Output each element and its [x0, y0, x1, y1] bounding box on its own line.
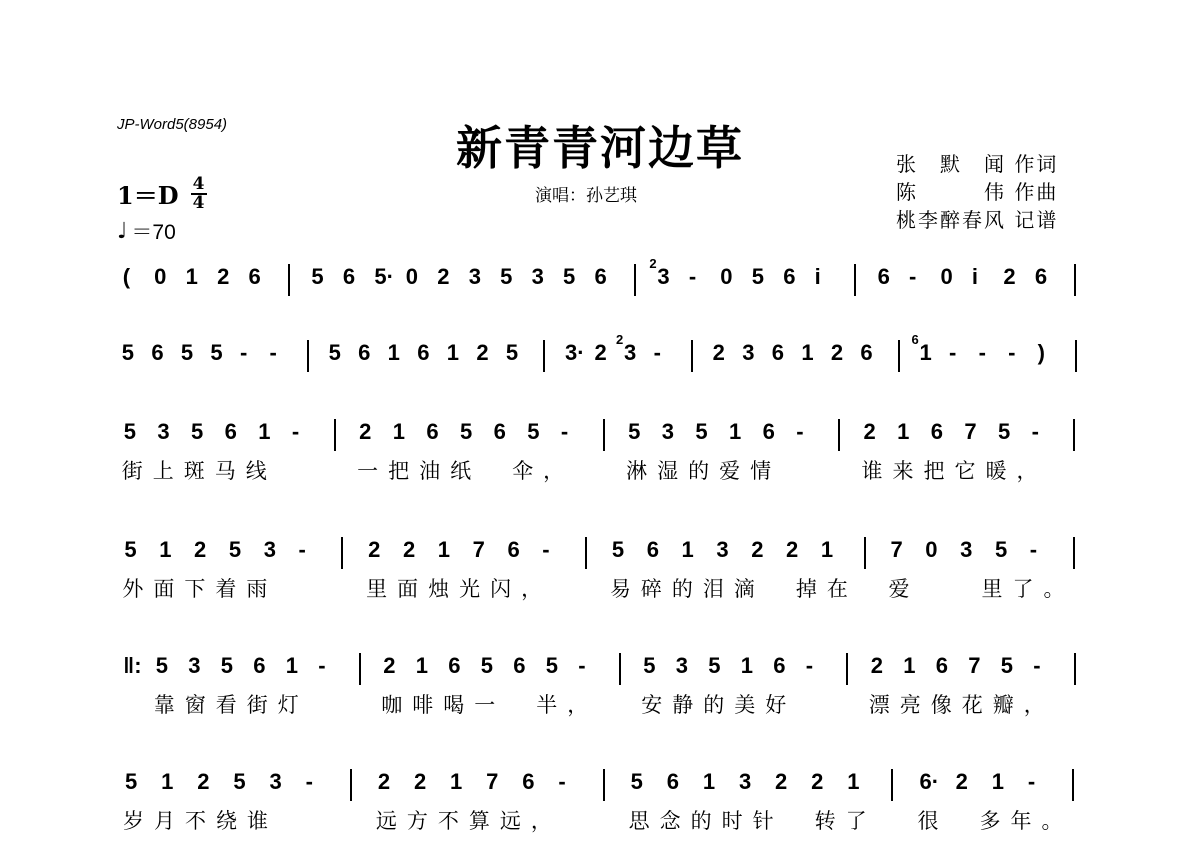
dash-extension: -: [1030, 535, 1037, 565]
note: 5: [506, 338, 518, 368]
lyric-phrase: 里面烛光闪，: [366, 573, 552, 603]
note: 5: [527, 417, 539, 447]
note: 5·: [374, 262, 394, 292]
barline: [854, 264, 856, 296]
note: 6: [647, 535, 659, 565]
score-row-intro-1: (0126565·023535632-056i6-0i26: [115, 262, 1090, 306]
dash-extension: -: [578, 651, 585, 681]
barline: [898, 340, 900, 372]
note: 0: [406, 262, 418, 292]
lyric-phrase: 安静的美好: [641, 689, 796, 719]
score-row-verse-2b: 51253-22176-56132216·21-岁月不绕谁远方不算远，思念的时针…: [115, 767, 1090, 811]
note: 7: [964, 417, 976, 447]
barline: [838, 419, 840, 451]
composer-credit: 陈 伟 作曲: [896, 178, 1058, 206]
note: 0: [154, 262, 166, 292]
lyric-phrase: 一把油纸 伞，: [357, 455, 574, 485]
dash-extension: -: [1032, 417, 1039, 447]
note: 1: [992, 767, 1004, 797]
barline: [619, 653, 621, 685]
time-sig-top: 4: [193, 177, 205, 192]
note: 6: [343, 262, 355, 292]
dash-extension: -: [318, 651, 325, 681]
dash-extension: -: [558, 767, 565, 797]
dash-extension: -: [1033, 651, 1040, 681]
dash-extension: -: [979, 338, 986, 368]
note: 3: [188, 651, 200, 681]
note: 6: [763, 417, 775, 447]
dash-extension: -: [909, 262, 916, 292]
note: 0: [925, 535, 937, 565]
note: 2: [786, 535, 798, 565]
grace-note: 6: [912, 332, 919, 347]
note: 5: [546, 651, 558, 681]
note: 6·: [920, 767, 940, 797]
note: 6: [253, 651, 265, 681]
time-signature: 4 4: [191, 177, 207, 211]
dash-extension: -: [689, 262, 696, 292]
note: 3: [676, 651, 688, 681]
note: 5: [995, 535, 1007, 565]
lyric-phrase: 远方不算远，: [376, 805, 562, 835]
parenthesis: ): [1038, 338, 1045, 368]
note: 2: [378, 767, 390, 797]
lyric-phrase: 淋湿的爱情: [626, 455, 781, 485]
barline: [691, 340, 693, 372]
dash-extension: -: [949, 338, 956, 368]
barline: [1073, 537, 1075, 569]
barline: [1074, 653, 1076, 685]
barline: [341, 537, 343, 569]
note: i: [972, 262, 978, 292]
score-row-verse-2a: ‖:53561-216565-53516-21675-靠窗看街灯咖啡喝一 半，安…: [115, 651, 1090, 695]
note: 1: [393, 417, 405, 447]
grace-note: 2: [616, 332, 623, 347]
repeat-sign: ‖:: [123, 651, 141, 681]
note: 3: [662, 417, 674, 447]
note: 6: [448, 651, 460, 681]
note: 5: [563, 262, 575, 292]
tempo-value: ＝70: [131, 216, 175, 246]
note: 5: [643, 651, 655, 681]
note: 6: [358, 338, 370, 368]
note: 1: [821, 535, 833, 565]
note: 1: [682, 535, 694, 565]
lyricist-credit: 张 默 闻 作词: [896, 150, 1058, 178]
note: 5: [329, 338, 341, 368]
dash-extension: -: [299, 535, 306, 565]
transcriber-credit: 桃李醉春风 记谱: [896, 206, 1058, 234]
note: 5: [122, 338, 134, 368]
note: 6: [860, 338, 872, 368]
barline: [307, 340, 309, 372]
lyric-phrase: 爱 里了。: [888, 573, 1074, 603]
note: 6: [494, 417, 506, 447]
note: 2: [368, 535, 380, 565]
dash-extension: -: [806, 651, 813, 681]
dash-extension: -: [270, 338, 277, 368]
note: 3: [469, 262, 481, 292]
grace-note: 2: [649, 256, 656, 271]
note: 2: [437, 262, 449, 292]
note: 3: [657, 262, 669, 292]
note: 1: [438, 535, 450, 565]
barline: [603, 769, 605, 801]
lyric-phrase: 很 多年。: [918, 805, 1073, 835]
barline: [350, 769, 352, 801]
note: 7: [968, 651, 980, 681]
note: 1: [703, 767, 715, 797]
lyric-phrase: 漂亮像花瓣，: [869, 689, 1055, 719]
note: 1: [801, 338, 813, 368]
note: 5: [612, 535, 624, 565]
lyric-phrase: 谁来把它暖，: [861, 455, 1047, 485]
key-signature: 1＝D 4 4: [117, 176, 207, 211]
note: 5: [124, 417, 136, 447]
note: 1: [741, 651, 753, 681]
singer-credit: 演唱：孙艺琪: [535, 181, 637, 206]
note: 6: [507, 535, 519, 565]
note: 6: [513, 651, 525, 681]
dash-extension: -: [542, 535, 549, 565]
note: 5: [460, 417, 472, 447]
note: 6: [936, 651, 948, 681]
dash-extension: -: [561, 417, 568, 447]
note: 2: [811, 767, 823, 797]
note: 2: [217, 262, 229, 292]
note: 5: [181, 338, 193, 368]
note: 0: [720, 262, 732, 292]
note: 3: [716, 535, 728, 565]
note: 2: [956, 767, 968, 797]
barline: [288, 264, 290, 296]
note: 2: [403, 535, 415, 565]
note: 2: [863, 417, 875, 447]
note: 5: [210, 338, 222, 368]
note: 2: [831, 338, 843, 368]
note: 6: [522, 767, 534, 797]
note: 5: [124, 535, 136, 565]
lyric-phrase: 外面下着雨: [122, 573, 277, 603]
time-sig-bottom: 4: [193, 196, 205, 211]
note: 5: [1001, 651, 1013, 681]
note: 5: [628, 417, 640, 447]
note: 1: [450, 767, 462, 797]
note: 5: [708, 651, 720, 681]
note: 1: [920, 338, 932, 368]
note: 6: [225, 417, 237, 447]
note: 2: [476, 338, 488, 368]
note: 3: [264, 535, 276, 565]
note: 1: [286, 651, 298, 681]
barline: [1073, 419, 1075, 451]
note: 6: [783, 262, 795, 292]
note: 5: [221, 651, 233, 681]
score-row-intro-2: 5655--56161253·232-23612616---): [115, 338, 1090, 382]
note: 1: [161, 767, 173, 797]
note: 5: [695, 417, 707, 447]
parenthesis: (: [123, 262, 130, 292]
dash-extension: -: [306, 767, 313, 797]
note: 5: [631, 767, 643, 797]
lyric-phrase: 思念的时针 转了: [629, 805, 877, 835]
note: 6: [878, 262, 890, 292]
note: 3: [960, 535, 972, 565]
barline: [1074, 264, 1076, 296]
note: 1: [447, 338, 459, 368]
note: 5: [998, 417, 1010, 447]
score-row-verse-1b: 51253-22176-56132217035-外面下着雨里面烛光闪，易碎的泪滴…: [115, 535, 1090, 579]
note: 5: [229, 535, 241, 565]
note: 6: [773, 651, 785, 681]
barline: [359, 653, 361, 685]
barline: [891, 769, 893, 801]
note: 5: [481, 651, 493, 681]
note: 5: [233, 767, 245, 797]
note: 5: [500, 262, 512, 292]
note: 3·: [565, 338, 585, 368]
note: 2: [775, 767, 787, 797]
dash-extension: -: [1028, 767, 1035, 797]
note: 2: [414, 767, 426, 797]
note: 3: [270, 767, 282, 797]
note: 6: [417, 338, 429, 368]
note: 5: [156, 651, 168, 681]
note: 2: [871, 651, 883, 681]
dash-extension: -: [1008, 338, 1015, 368]
note: 5: [752, 262, 764, 292]
credits: 张 默 闻 作词 陈 伟 作曲 桃李醉春风 记谱: [896, 150, 1058, 234]
lyric-phrase: 咖啡喝一 半，: [381, 689, 598, 719]
note: 6: [1035, 262, 1047, 292]
note: 3: [157, 417, 169, 447]
barline: [864, 537, 866, 569]
note: 3: [742, 338, 754, 368]
lyric-phrase: 岁月不绕谁: [123, 805, 278, 835]
note: 2: [359, 417, 371, 447]
note: 1: [897, 417, 909, 447]
note: 1: [416, 651, 428, 681]
dash-extension: -: [240, 338, 247, 368]
note: 1: [847, 767, 859, 797]
note: 2: [1003, 262, 1015, 292]
note: 7: [473, 535, 485, 565]
barline: [543, 340, 545, 372]
lyric-phrase: 易碎的泪滴 掉在: [610, 573, 858, 603]
note: 3: [624, 338, 636, 368]
note: 5: [191, 417, 203, 447]
note: i: [815, 262, 821, 292]
note: 6: [249, 262, 261, 292]
note: 6: [595, 262, 607, 292]
barline: [634, 264, 636, 296]
note: 3: [532, 262, 544, 292]
note: 6: [772, 338, 784, 368]
barline: [585, 537, 587, 569]
dash-extension: -: [796, 417, 803, 447]
note: 6: [151, 338, 163, 368]
note: 2: [194, 535, 206, 565]
barline: [334, 419, 336, 451]
note: 5: [311, 262, 323, 292]
note: 6: [931, 417, 943, 447]
note: 1: [388, 338, 400, 368]
note: 1: [729, 417, 741, 447]
note: 2: [713, 338, 725, 368]
note: 3: [739, 767, 751, 797]
note: 2: [751, 535, 763, 565]
barline: [1075, 340, 1077, 372]
note: 1: [159, 535, 171, 565]
lyric-phrase: 靠窗看街灯: [154, 689, 309, 719]
key-label: 1＝D: [117, 176, 179, 211]
note: 6: [426, 417, 438, 447]
note: 1: [903, 651, 915, 681]
note: 6: [667, 767, 679, 797]
barline: [603, 419, 605, 451]
note: 0: [940, 262, 952, 292]
barline: [846, 653, 848, 685]
score-row-verse-1a: 53561-216565-53516-21675-街上斑马线一把油纸 伞，淋湿的…: [115, 417, 1090, 461]
note: 7: [890, 535, 902, 565]
dash-extension: -: [292, 417, 299, 447]
note: 2: [595, 338, 607, 368]
lyric-phrase: 街上斑马线: [122, 455, 277, 485]
note: 5: [125, 767, 137, 797]
note: 2: [197, 767, 209, 797]
note: 7: [486, 767, 498, 797]
quarter-note-icon: ♩: [117, 219, 127, 244]
barline: [1072, 769, 1074, 801]
tempo-marking: ♩ ＝70: [117, 216, 176, 246]
note: 2: [383, 651, 395, 681]
note: 1: [258, 417, 270, 447]
note: 1: [186, 262, 198, 292]
dash-extension: -: [654, 338, 661, 368]
